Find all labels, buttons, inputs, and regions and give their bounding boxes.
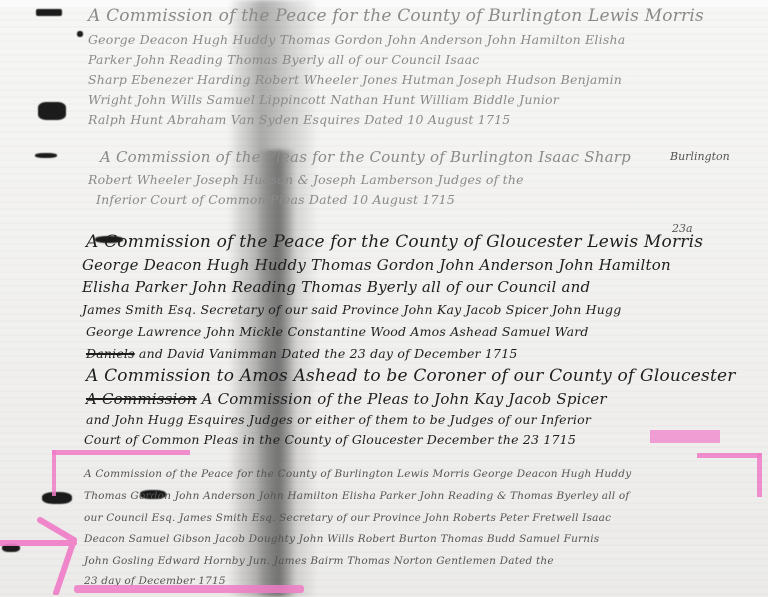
- ink-blot: [42, 492, 72, 504]
- entry-heading: A Commission A Commission of the Pleas t…: [86, 390, 607, 408]
- struck-word: A Commission: [86, 390, 197, 408]
- entry-line: Court of Common Pleas in the County of G…: [84, 432, 576, 447]
- entry-heading: A Commission of the Peace for the County…: [86, 232, 703, 252]
- entry-line: Wright John Wills Samuel Lippincott Nath…: [88, 92, 559, 107]
- entry-line: and John Hugg Esquires Judges or either …: [86, 412, 591, 427]
- entry-line: George Deacon Hugh Huddy Thomas Gordon J…: [88, 32, 625, 47]
- entry-line: Ralph Hunt Abraham Van Syden Esquires Da…: [88, 112, 510, 127]
- entry-heading: A Commission of the Pleas for the County…: [100, 148, 631, 166]
- entry-line: Robert Wheeler Joseph Hudson & Joseph La…: [88, 172, 524, 187]
- margin-note: Burlington: [670, 150, 730, 163]
- entry-heading: A Commission of the Peace for the County…: [88, 6, 704, 26]
- entry-line: Inferior Court of Common Pleas Dated 10 …: [96, 192, 455, 207]
- ink-blot: [77, 31, 83, 37]
- ink-blot: [35, 153, 57, 158]
- pink-bracket-left: [52, 450, 56, 496]
- pink-bracket-top-right: [697, 453, 761, 458]
- pink-bracket-right: [757, 453, 762, 497]
- ink-blot: [36, 9, 62, 16]
- pink-arrow-icon: [0, 515, 90, 595]
- entry-heading: A Commission to Amos Ashead to be Corone…: [86, 366, 736, 386]
- entry-line: Sharp Ebenezer Harding Robert Wheeler Jo…: [88, 72, 622, 87]
- entry-line-text: and David Vanimman Dated the 23 day of D…: [139, 346, 518, 361]
- entry-line: Daniels and David Vanimman Dated the 23 …: [86, 346, 518, 361]
- pink-underline: [74, 585, 304, 593]
- pink-bracket-top-left: [52, 450, 190, 455]
- entry-line: George Deacon Hugh Huddy Thomas Gordon J…: [82, 256, 671, 274]
- entry-line: James Smith Esq. Secretary of our said P…: [82, 302, 621, 317]
- struck-word: Daniels: [86, 346, 135, 361]
- entry-heading: A Commission of the Peace for the County…: [84, 468, 631, 480]
- entry-line-text: A Commission of the Pleas to John Kay Ja…: [202, 390, 607, 408]
- entry-line: George Lawrence John Mickle Constantine …: [86, 324, 589, 339]
- document-page: A Commission of the Peace for the County…: [0, 0, 768, 597]
- entry-line: our Council Esq. James Smith Esq. Secret…: [84, 512, 611, 524]
- entry-line: Parker John Reading Thomas Byerly all of…: [88, 52, 479, 67]
- entry-line: John Gosling Edward Hornby Jun. James Ba…: [84, 555, 554, 567]
- entry-line: Thomas Gordon John Anderson John Hamilto…: [84, 490, 630, 502]
- entry-line: Deacon Samuel Gibson Jacob Doughty John …: [84, 533, 599, 545]
- ink-blot: [38, 102, 66, 120]
- date-highlight: [650, 430, 720, 443]
- entry-line: Elisha Parker John Reading Thomas Byerly…: [82, 278, 590, 296]
